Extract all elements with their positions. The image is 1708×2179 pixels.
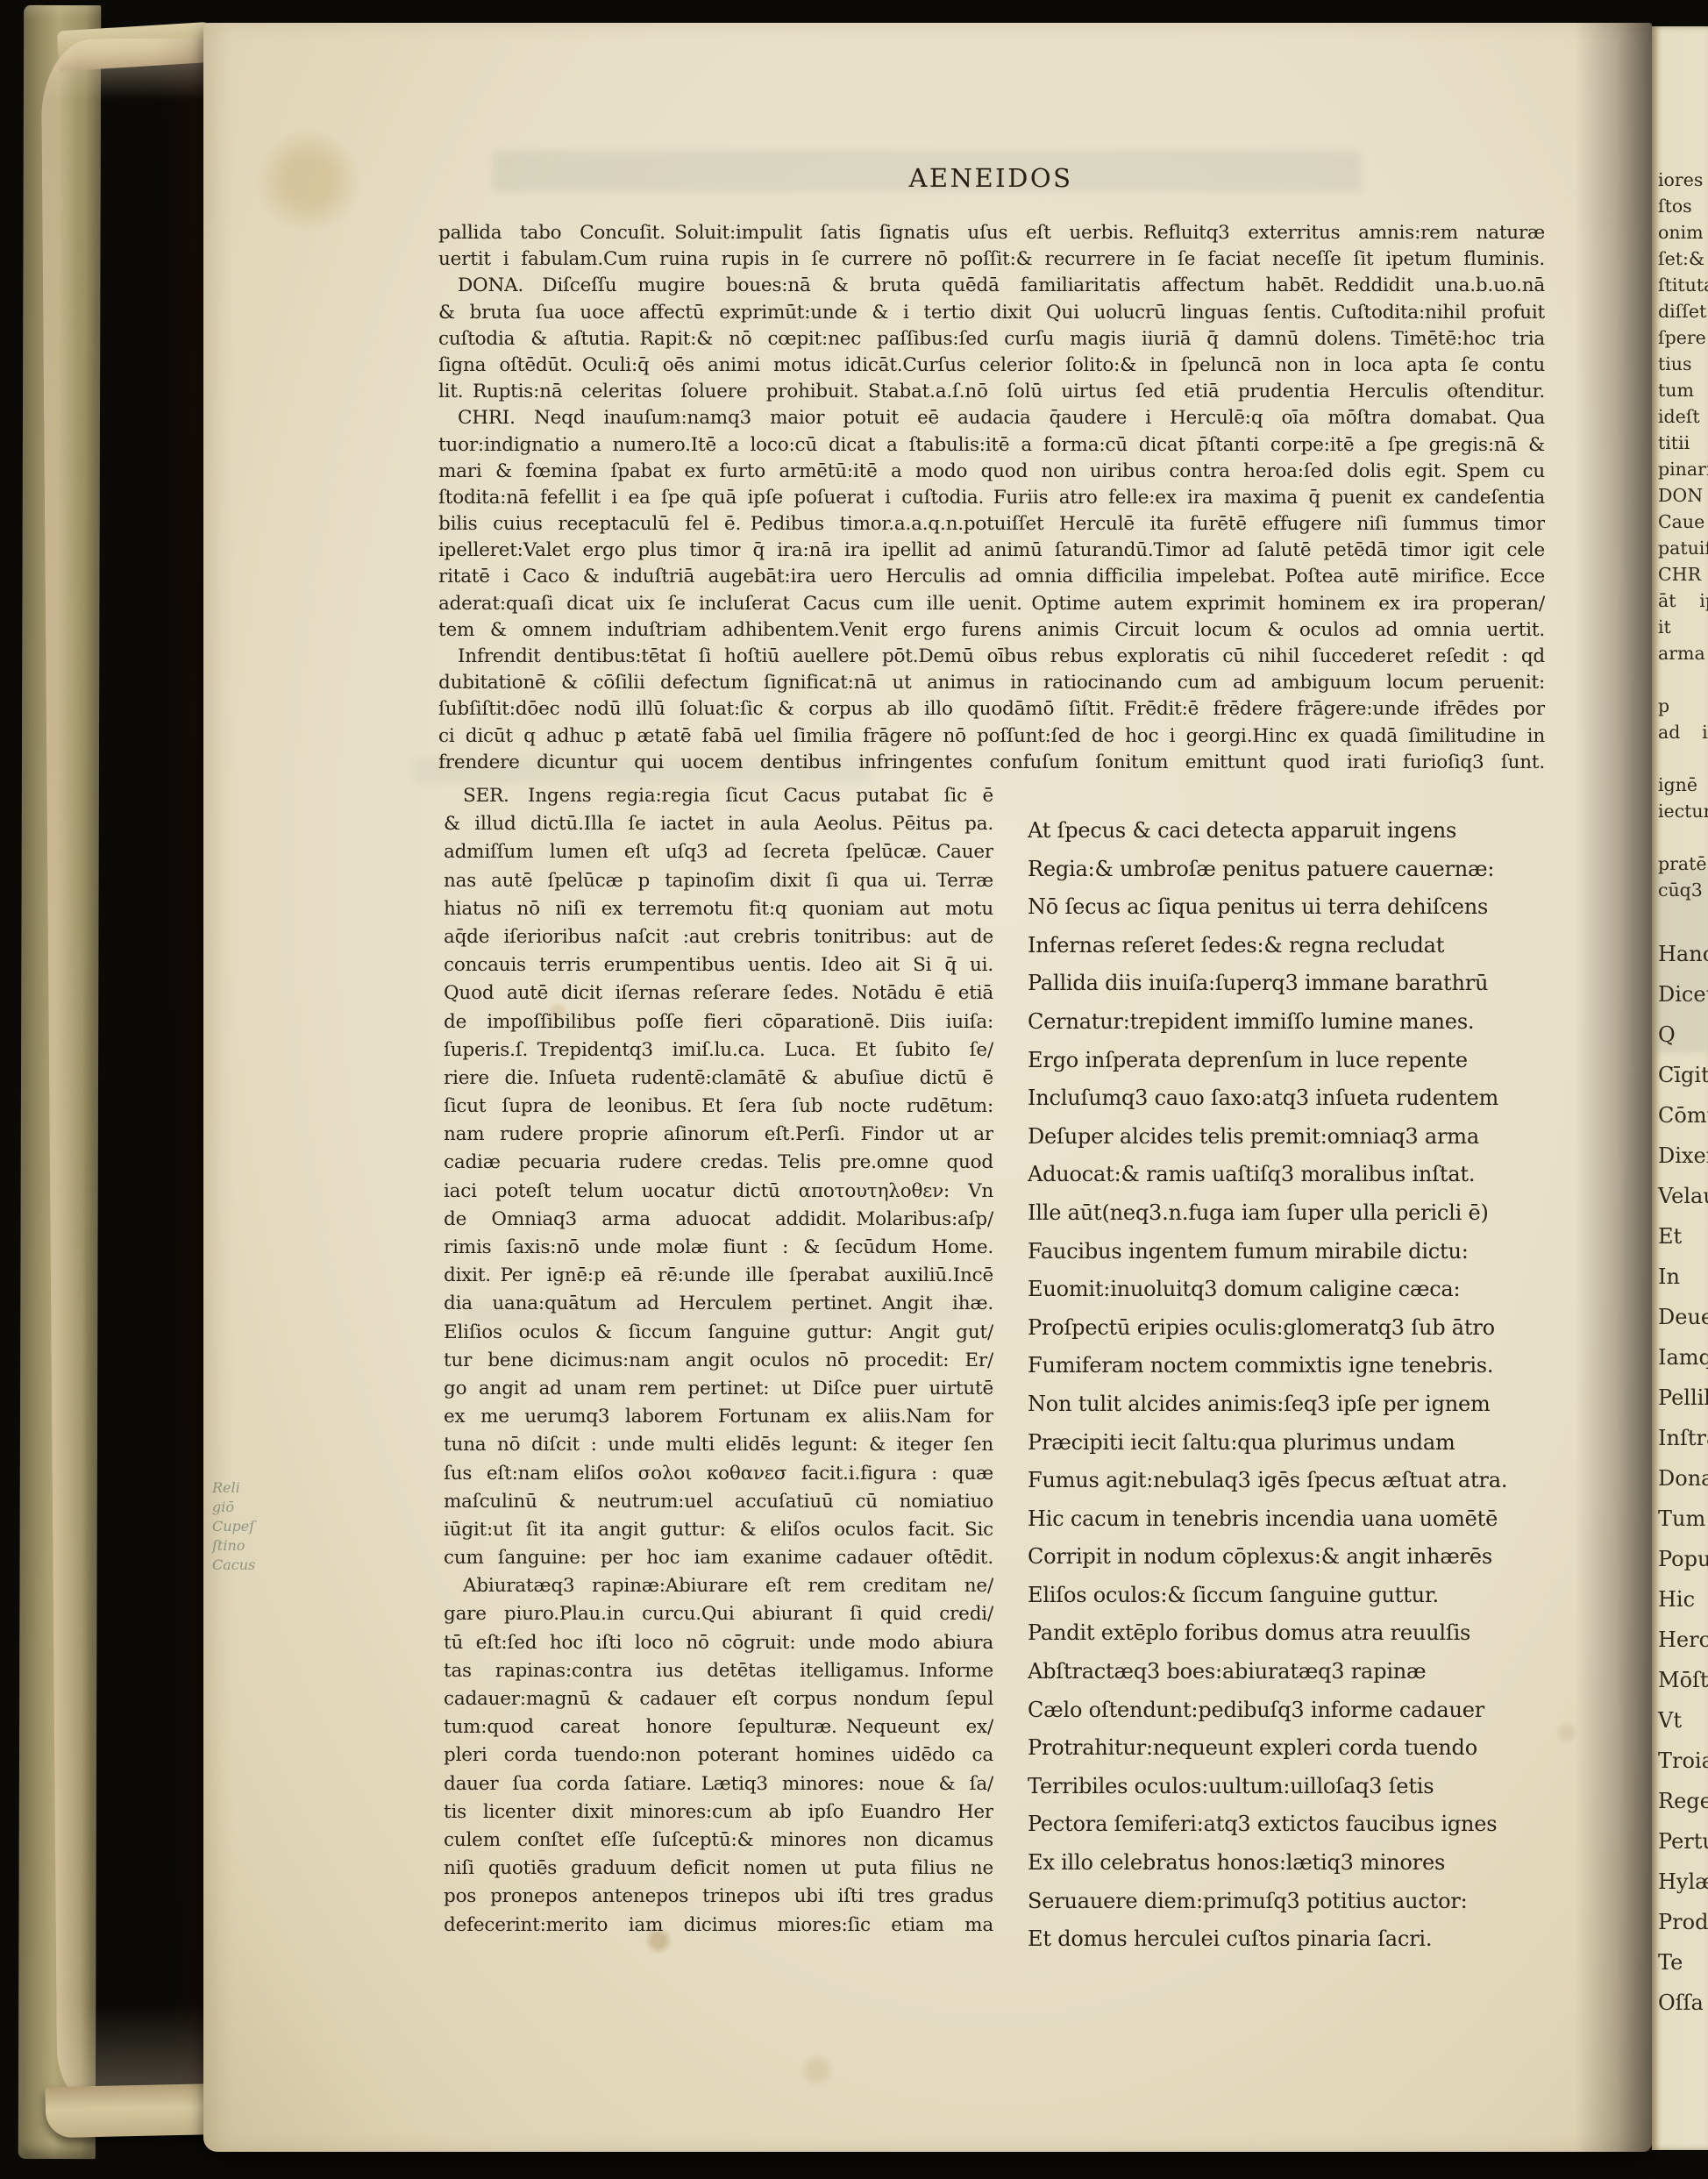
fragment-line: patuiſſ — [1658, 535, 1708, 561]
commentary-line: tuor:indignatio a numero.Itē a loco:cū d… — [438, 432, 1545, 459]
commentary-line: tur bene dicimus:nam angit oculos nō pro… — [444, 1347, 993, 1375]
verse-line: Cælo oſtendunt:pedibuſq3 informe cadauer — [1028, 1691, 1580, 1730]
commentary-line: ſicut ſupra de leonibus. Et ſera ſub noc… — [444, 1093, 993, 1121]
commentary-line-text: iaci poteſt telum uocatur dictū αποτουτη… — [444, 1178, 993, 1206]
commentary-line: aq̄de iſerioribus naſcit :aut crebris to… — [444, 923, 993, 951]
commentary-line-text: defecerint:merito iam dicimus miores:ſic… — [444, 1912, 993, 1940]
fragment-line: Iamq3 ſ — [1658, 1337, 1708, 1378]
fragment-line — [1658, 666, 1708, 693]
commentary-line: & bruta ſua uoce affectū exprimūt:unde &… — [438, 300, 1545, 326]
commentary-line: niſi quotiēs graduum deficit nomen ut pu… — [444, 1855, 993, 1883]
fragment-line: Caue — [1658, 509, 1708, 535]
verse-line: At ſpecus & caci detecta apparuit ingens — [1028, 812, 1580, 851]
fragment-line: p teme — [1658, 693, 1708, 719]
fragment-line: Prodig — [1658, 1902, 1708, 1942]
fragment-line: āt ipſa i — [1658, 587, 1708, 614]
fragment-line: ſet:& — [1658, 246, 1708, 272]
fragment-line: cūq3 ſ — [1658, 877, 1708, 903]
verse-line: Euomit:inuoluitq3 domum caligine cæca: — [1028, 1271, 1580, 1309]
commentary-line-text: Eliſios oculos & ſiccum ſanguine guttur:… — [444, 1319, 993, 1347]
fragment-line — [1658, 824, 1708, 851]
fragment-line: ſtituta — [1658, 272, 1708, 298]
commentary-line: cuſtodia & aſtutia. Rapit:& nō cœpit:nec… — [438, 326, 1545, 352]
commentary-line: aderat:quaſi dicat uix ſe incluſerat Cac… — [438, 591, 1545, 617]
verse-line-text: Deſuper alcides telis premit:omniaq3 arm… — [1028, 1118, 1580, 1157]
commentary-line-text: tuor:indignatio a numero.Itē a loco:cū d… — [438, 432, 1545, 459]
commentary-line: de Omniaq3 arma aduocat addidit. Molarib… — [444, 1206, 993, 1234]
verse-line-text: At ſpecus & caci detecta apparuit ingens — [1028, 812, 1580, 851]
commentary-line: cadauer:magnū & cadauer eſt corpus nondu… — [444, 1685, 993, 1713]
fragment-line: Hylæq3 — [1658, 1862, 1708, 1902]
commentary-line-text: tū eſt:ſed hoc iſti loco nō cōgruit: und… — [444, 1629, 993, 1657]
commentary-line-text: de Omniaq3 arma aduocat addidit. Molarib… — [444, 1206, 993, 1234]
commentary-line-text: dubitationē & cōſilii defectum ſignifica… — [438, 670, 1545, 696]
commentary-line: cadiæ pecuaria rudere credas. Telis pre.… — [444, 1149, 993, 1177]
commentary-line: hiatus nō niſi ex terremotu fit:q quonia… — [444, 895, 993, 923]
verse-line-text: Et domus herculei cuſtos pinaria ſacri. — [1028, 1920, 1580, 1959]
commentary-line: Quod autē dicit iſernas reſerare ſedes. … — [444, 979, 993, 1008]
verse-line: Protrahitur:nequeunt expleri corda tuend… — [1028, 1729, 1580, 1768]
commentary-line-text: pos pronepos antenepos trinepos ubi iſti… — [444, 1883, 993, 1911]
margin-note-line: Reli — [212, 1478, 274, 1498]
commentary-line-text: ſigna oſtēdūt. Oculi:q̄ oēs animi motus … — [438, 352, 1545, 379]
commentary-line: tuna nō diſcit : unde multi elidēs legun… — [444, 1431, 993, 1459]
fragment-line: ſpere — [1658, 324, 1708, 351]
fragment-line: Rege ſu — [1658, 1781, 1708, 1821]
commentary-line: SER. Ingens regia:regia ſicut Cacus puta… — [444, 782, 993, 810]
commentary-line-text: tur bene dicimus:nam angit oculos nō pro… — [444, 1347, 993, 1375]
commentary-line: culem conſtet eſſe ſuſceptū:& minores no… — [444, 1827, 993, 1855]
commentary-line-text: tum:quod careat honore ſepulturæ. Nequeu… — [444, 1713, 993, 1741]
verse-line-text: Protrahitur:nequeunt expleri corda tuend… — [1028, 1729, 1580, 1768]
commentary-line-text: aderat:quaſi dicat uix ſe incluſerat Cac… — [438, 591, 1545, 617]
commentary-line: iaci poteſt telum uocatur dictū αποτουτη… — [444, 1178, 993, 1206]
fragment-line: Popule — [1658, 1539, 1708, 1579]
verse-line-text: Pandit extēplo foribus domus atra reuulſ… — [1028, 1614, 1580, 1653]
next-page-edge: ioresſtos ponimſet:& ſtitutadiſſet:ſpere… — [1652, 26, 1708, 2150]
commentary-line: dixit. Per ignē:p eā rē:unde ille ſperab… — [444, 1262, 993, 1290]
verse-line-text: Nō ſecus ac ſiqua penitus ui terra dehiſ… — [1028, 888, 1580, 927]
commentary-line-text: rimis ſaxis:nō unde molæ fiunt : & ſecūd… — [444, 1234, 993, 1262]
commentary-line: ci dicūt q adhuc p ætatē fabā uel ſimili… — [438, 723, 1545, 750]
verse-line: Abſtractæq3 boes:abiuratæq3 rapinæ — [1028, 1653, 1580, 1691]
verse-line: Infernas reſeret ſedes:& regna recludat — [1028, 927, 1580, 965]
running-title: AENEIDOS — [438, 163, 1543, 193]
commentary-line: pleri corda tuendo:non poterant homines … — [444, 1741, 993, 1770]
verse-line: Aduocat:& ramis uaſtiſq3 moralibus inſta… — [1028, 1156, 1580, 1194]
verse-line-text: Terribiles oculos:uultum:uilloſaq3 ſetis — [1028, 1768, 1580, 1806]
commentary-line: dauer ſua corda ſatiare. Lætiq3 minores:… — [444, 1770, 993, 1798]
fragment-line: In men — [1658, 1257, 1708, 1297]
commentary-line-text: niſi quotiēs graduum deficit nomen ut pu… — [444, 1855, 993, 1883]
verse-line: Non tulit alcides animis:ſeq3 ipſe per i… — [1028, 1385, 1580, 1424]
verse-line-text: Præcipiti iecit ſaltu:qua plurimus undam — [1028, 1424, 1580, 1463]
commentary-line: ſigna oſtēdūt. Oculi:q̄ oēs animi motus … — [438, 352, 1545, 379]
fragment-line: Dona ſe — [1658, 1458, 1708, 1499]
verse-line-text: Faucibus ingentem fumum mirabile dictu: — [1028, 1233, 1580, 1271]
verse-line: Eliſos oculos:& ſiccum ſanguine guttur. — [1028, 1577, 1580, 1615]
fragment-line: Vt bell — [1658, 1700, 1708, 1741]
commentary-line-text: tas rapinas:contra ius detētas itelligam… — [444, 1657, 993, 1685]
fragment-line: Cōmu — [1658, 1095, 1708, 1136]
commentary-line: bilis cuius receptaculū fel ē. Pedibus t… — [438, 511, 1545, 538]
next-page-verse-fragments: HancDicetuQ uaCīgiteCōmuDixeraVelauEt ſa… — [1658, 934, 1708, 2023]
fragment-line: Dicetu — [1658, 974, 1708, 1015]
commentary-line-text: nas autē ſpelūcæ p tapinoſim dixit ſi qu… — [444, 867, 993, 895]
fragment-line: DON — [1658, 482, 1708, 509]
commentary-line: Infrendit dentibus:tētat ſi hoſtiū auell… — [438, 644, 1545, 670]
fragment-line: Mōſtra — [1658, 1660, 1708, 1700]
verse-line-text: Corripit in nodum cōplexus:& angit inhær… — [1028, 1538, 1580, 1577]
commentary-line-text: bilis cuius receptaculū fel ē. Pedibus t… — [438, 511, 1545, 538]
verse-line-text: Non tulit alcides animis:ſeq3 ipſe per i… — [1028, 1385, 1580, 1424]
commentary-line: admiſſum lumen eſt uſq3 ad ſecreta ſpelū… — [444, 838, 993, 866]
commentary-line: tum:quod careat honore ſepulturæ. Nequeu… — [444, 1713, 993, 1741]
verse-line: Hic cacum in tenebris incendia uana uomē… — [1028, 1500, 1580, 1539]
verse-line: Incluſumq3 cauo ſaxo:atq3 inſueta rudent… — [1028, 1079, 1580, 1118]
commentary-line: uertit i fabulam.Cum ruina rupis in ſe c… — [438, 246, 1545, 273]
fragment-line: iores — [1658, 167, 1708, 193]
commentary-line-text: uertit i fabulam.Cum ruina rupis in ſe c… — [438, 246, 1545, 273]
commentary-line-text: ipelleret:Valet ergo plus timor q̄ ira:n… — [438, 538, 1545, 564]
fragment-line: iectura: — [1658, 798, 1708, 824]
verse-line-text: Fumiferam noctem commixtis igne tenebris… — [1028, 1347, 1580, 1385]
commentary-line: DONA. Diſceſſu mugire boues:nā & bruta q… — [438, 273, 1545, 299]
commentary-line-text: de impoſſibilibus poſſe fieri cōparation… — [444, 1008, 993, 1036]
commentary-line-text: frendere dicuntur qui uocem dentibus inf… — [438, 750, 1545, 776]
fragment-line: ideſt a — [1658, 403, 1708, 430]
commentary-line-text: admiſſum lumen eſt uſq3 ad ſecreta ſpelū… — [444, 838, 993, 866]
fragment-line: ignē pi — [1658, 772, 1708, 798]
fragment-line: diſſet: — [1658, 298, 1708, 324]
verse-line-text: Abſtractæq3 boes:abiuratæq3 rapinæ — [1028, 1653, 1580, 1691]
verse-line-text: Regia:& umbroſæ penitus patuere cauernæ: — [1028, 851, 1580, 889]
commentary-line-text: nam rudere proprie aſinorum eſt.Perſi. F… — [444, 1121, 993, 1149]
commentary-line: ſus eſt:nam eliſos σολοι κοθανεσ facit.i… — [444, 1460, 993, 1488]
commentary-line: nam rudere proprie aſinorum eſt.Perſi. F… — [444, 1121, 993, 1149]
verse-line-text: Cælo oſtendunt:pedibuſq3 informe cadauer — [1028, 1691, 1580, 1730]
commentary-line-text: tuna nō diſcit : unde multi elidēs legun… — [444, 1431, 993, 1459]
commentary-line-text: maſculinū & neutrum:uel accuſatiuū cū no… — [444, 1488, 993, 1516]
verse-text-column: At ſpecus & caci detecta apparuit ingens… — [1028, 812, 1580, 1959]
fragment-line: Inſtrau — [1658, 1418, 1708, 1458]
commentary-line: iūgit:ut ſit ita angit guttur: & eliſos … — [444, 1516, 993, 1544]
fragment-line: Hanc — [1658, 934, 1708, 974]
fragment-line: it prim — [1658, 614, 1708, 640]
commentary-line-text: tis licenter dixit minores:cum ab ipſo E… — [444, 1798, 993, 1827]
commentary-line-text: ſuperis.ſ. Trepidentq3 imiſ.lu.ca. Luca.… — [444, 1036, 993, 1065]
commentary-line-text: cadiæ pecuaria rudere credas. Telis pre.… — [444, 1149, 993, 1177]
margin-note-line: ſtino — [212, 1536, 274, 1556]
commentary-line-text: & illud dictū.Illa ſe iactet in aula Aeo… — [444, 810, 993, 838]
verse-line-text: Pallida diis inuiſa:ſuperq3 immane barat… — [1028, 965, 1580, 1003]
verse-line-text: Infernas reſeret ſedes:& regna recludat — [1028, 927, 1580, 965]
commentary-line: lit. Ruptis:nā celeritas ſoluere prohibu… — [438, 379, 1545, 405]
commentary-line-text: SER. Ingens regia:regia ſicut Cacus puta… — [444, 782, 993, 810]
commentary-line-text: cuſtodia & aſtutia. Rapit:& nō cœpit:nec… — [438, 326, 1545, 352]
verse-line: Faucibus ingentem fumum mirabile dictu: — [1028, 1233, 1580, 1271]
commentary-line-text: iūgit:ut ſit ita angit guttur: & eliſos … — [444, 1516, 993, 1544]
verse-line-text: Fumus agit:nebulaq3 igēs ſpecus æſtuat a… — [1028, 1462, 1580, 1500]
margin-note-line: Cupeſ — [212, 1517, 274, 1536]
commentary-line: & illud dictū.Illa ſe iactet in aula Aeo… — [444, 810, 993, 838]
verse-line: Præcipiti iecit ſaltu:qua plurimus undam — [1028, 1424, 1580, 1463]
verse-line: Regia:& umbroſæ penitus patuere cauernæ: — [1028, 851, 1580, 889]
commentary-line-text: dauer ſua corda ſatiare. Lætiq3 minores:… — [444, 1770, 993, 1798]
commentary-line: ipelleret:Valet ergo plus timor q̄ ira:n… — [438, 538, 1545, 564]
commentary-line-text: go angit ad unam rem pertinet: ut Diſce … — [444, 1375, 993, 1403]
verse-line-text: Pectora ſemiferi:atq3 extictos faucibus … — [1028, 1805, 1580, 1844]
commentary-line: ſtodita:nā fefellit i ea ſpe quā ipſe po… — [438, 485, 1545, 511]
fragment-line: Pellibu — [1658, 1378, 1708, 1418]
commentary-line: ex me uerumq3 laborem Fortunam ex aliis.… — [444, 1403, 993, 1431]
fragment-line: tum m — [1658, 377, 1708, 403]
commentary-line: pallida tabo Concuſit. Soluit:impulit ſa… — [438, 220, 1545, 246]
verse-line-text: Ille aūt(neq3.n.fuga iam ſuper ulla peri… — [1028, 1194, 1580, 1233]
fragment-line: Te ſtyg — [1658, 1942, 1708, 1983]
fragment-line: arma a — [1658, 640, 1708, 666]
commentary-line-text: Quod autē dicit iſernas reſerare ſedes. … — [444, 979, 993, 1008]
verse-line: Deſuper alcides telis premit:omniaq3 arm… — [1028, 1118, 1580, 1157]
commentary-line-text: ſicut ſupra de leonibus. Et ſera ſub noc… — [444, 1093, 993, 1121]
commentary-line: mari & fœmina ſpabat ex furto armētū:itē… — [438, 459, 1545, 485]
verse-line: Terribiles oculos:uultum:uilloſaq3 ſetis — [1028, 1768, 1580, 1806]
verse-line-text: Proſpectū eripies oculis:glomeratq3 ſub … — [1028, 1309, 1580, 1348]
verse-line-text: Hic cacum in tenebris incendia uana uomē… — [1028, 1500, 1580, 1539]
verse-line: Ex illo celebratus honos:lætiq3 minores — [1028, 1844, 1580, 1883]
commentary-line-text: cum ſanguine: per hoc iam exanime cadaue… — [444, 1544, 993, 1572]
commentary-line-text: ex me uerumq3 laborem Fortunam ex aliis.… — [444, 1403, 993, 1431]
commentary-line: tas rapinas:contra ius detētas itelligam… — [444, 1657, 993, 1685]
commentary-line: gare piuro.Plau.in curcu.Qui abiurant ſi… — [444, 1600, 993, 1628]
verse-line: Proſpectū eripies oculis:glomeratq3 ſub … — [1028, 1309, 1580, 1348]
commentary-line-text: dia uana:quātum ad Herculem pertinet. An… — [444, 1290, 993, 1318]
commentary-line-text: DONA. Diſceſſu mugire boues:nā & bruta q… — [438, 273, 1545, 299]
book-photograph: { "book": { "header": "AENEIDOS", "color… — [0, 0, 1708, 2179]
verse-line: Ille aūt(neq3.n.fuga iam ſuper ulla peri… — [1028, 1194, 1580, 1233]
commentary-line: riere die. Inſueta rudentē:clamātē & abu… — [444, 1065, 993, 1093]
commentary-line-text: ſubſiſtit:dōec nodū illū ſoluat:ſic & co… — [438, 696, 1545, 723]
fragment-line: tius pr — [1658, 351, 1708, 377]
commentary-line: tis licenter dixit minores:cum ab ipſo E… — [444, 1798, 993, 1827]
verse-line: Ergo inſperata deprenſum in luce repente — [1028, 1042, 1580, 1080]
fragment-line: Velau — [1658, 1176, 1708, 1216]
verse-line: Nō ſecus ac ſiqua penitus ui terra dehiſ… — [1028, 888, 1580, 927]
commentary-line-text: gare piuro.Plau.in curcu.Qui abiurant ſi… — [444, 1600, 993, 1628]
margin-note-line: giō — [212, 1498, 274, 1517]
fragment-line: Q ua — [1658, 1015, 1708, 1055]
commentary-line: Eliſios oculos & ſiccum ſanguine guttur:… — [444, 1319, 993, 1347]
commentary-line-text: CHRI. Neqd inauſum:namq3 maior potuit eē… — [438, 405, 1545, 431]
handwritten-margin-note: ReligiōCupeſſtinoCacus — [212, 1478, 274, 1575]
verse-line: Corripit in nodum cōplexus:& angit inhær… — [1028, 1538, 1580, 1577]
verse-line-text: Aduocat:& ramis uaſtiſq3 moralibus inſta… — [1028, 1156, 1580, 1194]
verse-line-text: Eliſos oculos:& ſiccum ſanguine guttur. — [1028, 1577, 1580, 1615]
commentary-line-text: culem conſtet eſſe ſuſceptū:& minores no… — [444, 1827, 993, 1855]
commentary-line-text: Infrendit dentibus:tētat ſi hoſtiū auell… — [438, 644, 1545, 670]
fragment-line: Cīgite — [1658, 1055, 1708, 1095]
left-commentary-column: SER. Ingens regia:regia ſicut Cacus puta… — [444, 782, 993, 1940]
verse-line-text: Euomit:inuoluitq3 domum caligine cæca: — [1028, 1271, 1580, 1309]
commentary-line: tū eſt:ſed hoc iſti loco nō cōgruit: und… — [444, 1629, 993, 1657]
commentary-line-text: riere die. Inſueta rudentē:clamātē & abu… — [444, 1065, 993, 1093]
commentary-line-text: & bruta ſua uoce affectū exprimūt:unde &… — [438, 300, 1545, 326]
commentary-line-text: concauis terris erumpentibus uentis. Ide… — [444, 951, 993, 979]
commentary-line: dubitationē & cōſilii defectum ſignifica… — [438, 670, 1545, 696]
margin-note-line: Cacus — [212, 1556, 274, 1575]
commentary-line: frendere dicuntur qui uocem dentibus inf… — [438, 750, 1545, 776]
next-page-commentary-fragments: ioresſtos ponimſet:& ſtitutadiſſet:ſpere… — [1658, 167, 1708, 903]
commentary-line-text: ci dicūt q adhuc p ætatē fabā uel ſimili… — [438, 723, 1545, 750]
commentary-line-text: ritatē i Caco & induſtriā augebāt:ira ue… — [438, 564, 1545, 590]
verse-line: Pectora ſemiferi:atq3 extictos faucibus … — [1028, 1805, 1580, 1844]
commentary-line: nas autē ſpelūcæ p tapinoſim dixit ſi qu… — [444, 867, 993, 895]
commentary-line-text: cadauer:magnū & cadauer eſt corpus nondu… — [444, 1685, 993, 1713]
commentary-line: de impoſſibilibus poſſe fieri cōparation… — [444, 1008, 993, 1036]
verse-line-text: Seruauere diem:primuſq3 potitius auctor: — [1028, 1883, 1580, 1921]
commentary-line: pos pronepos antenepos trinepos ubi iſti… — [444, 1883, 993, 1911]
commentary-line-text: dixit. Per ignē:p eā rē:unde ille ſperab… — [444, 1262, 993, 1290]
commentary-line: ſuperis.ſ. Trepidentq3 imiſ.lu.ca. Luca.… — [444, 1036, 993, 1065]
commentary-line: rimis ſaxis:nō unde molæ fiunt : & ſecūd… — [444, 1234, 993, 1262]
commentary-line: ritatē i Caco & induſtriā augebāt:ira ue… — [438, 564, 1545, 590]
verse-line: Seruauere diem:primuſq3 potitius auctor: — [1028, 1883, 1580, 1921]
verse-line: Et domus herculei cuſtos pinaria ſacri. — [1028, 1920, 1580, 1959]
fragment-line — [1658, 745, 1708, 772]
commentary-line: cum ſanguine: per hoc iam exanime cadaue… — [444, 1544, 993, 1572]
commentary-line: concauis terris erumpentibus uentis. Ide… — [444, 951, 993, 979]
commentary-line-text: tem & omnem induſtriam adhibentem.Venit … — [438, 617, 1545, 644]
red-stained-fore-edge — [41, 38, 221, 2108]
commentary-line-text: Abiuratæq3 rapinæ:Abiurare eſt rem credi… — [444, 1572, 993, 1600]
fragment-line: Hic iuu — [1658, 1579, 1708, 1620]
commentary-line-text: lit. Ruptis:nā celeritas ſoluere prohibu… — [438, 379, 1545, 405]
commentary-line: Abiuratæq3 rapinæ:Abiurare eſt rem credi… — [444, 1572, 993, 1600]
commentary-line-text: ſtodita:nā fefellit i ea ſpe quā ipſe po… — [438, 485, 1545, 511]
fragment-line: pratē:q — [1658, 851, 1708, 877]
commentary-line-text: pleri corda tuendo:non poterant homines … — [444, 1741, 993, 1770]
fragment-line: ad idē u — [1658, 719, 1708, 745]
commentary-line: tem & omnem induſtriam adhibentem.Venit … — [438, 617, 1545, 644]
fragment-line: Dixera — [1658, 1136, 1708, 1176]
verse-line-text: Ex illo celebratus honos:lætiq3 minores — [1028, 1844, 1580, 1883]
fragment-line: Troiaq3 — [1658, 1741, 1708, 1781]
fragment-line: Tum ſa — [1658, 1499, 1708, 1539]
commentary-line-text: ſus eſt:nam eliſos σολοι κοθανεσ facit.i… — [444, 1460, 993, 1488]
top-commentary-block: pallida tabo Concuſit. Soluit:impulit ſa… — [438, 220, 1545, 776]
main-page: AENEIDOS pallida tabo Concuſit. Soluit:i… — [203, 23, 1652, 2152]
commentary-line-text: aq̄de iſerioribus naſcit :aut crebris to… — [444, 923, 993, 951]
fragment-line: CHR — [1658, 561, 1708, 587]
commentary-line: maſculinū & neutrum:uel accuſatiuū cū no… — [444, 1488, 993, 1516]
fragment-line: Pertulē — [1658, 1821, 1708, 1862]
fragment-line: titii ta — [1658, 430, 1708, 456]
verse-line: Fumiferam noctem commixtis igne tenebris… — [1028, 1347, 1580, 1385]
commentary-line: go angit ad unam rem pertinet: ut Diſce … — [444, 1375, 993, 1403]
verse-line: Fumus agit:nebulaq3 igēs ſpecus æſtuat a… — [1028, 1462, 1580, 1500]
fragment-line: Oſſa la — [1658, 1983, 1708, 2023]
commentary-line-text: mari & fœmina ſpabat ex furto armētū:itē… — [438, 459, 1545, 485]
fragment-line: ſtos p — [1658, 193, 1708, 219]
fragment-line: Hercul — [1658, 1620, 1708, 1660]
verse-line-text: Incluſumq3 cauo ſaxo:atq3 inſueta rudent… — [1028, 1079, 1580, 1118]
commentary-line: defecerint:merito iam dicimus miores:ſic… — [444, 1912, 993, 1940]
fragment-line: onim — [1658, 219, 1708, 246]
verse-line-text: Ergo inſperata deprenſum in luce repente — [1028, 1042, 1580, 1080]
verse-line-text: Cernatur:trepident immiſſo lumine manes. — [1028, 1003, 1580, 1042]
commentary-line: ſubſiſtit:dōec nodū illū ſoluat:ſic & co… — [438, 696, 1545, 723]
fragment-line: Et ſace — [1658, 1216, 1708, 1257]
commentary-line-text: hiatus nō niſi ex terremotu fit:q quonia… — [444, 895, 993, 923]
commentary-line: dia uana:quātum ad Herculem pertinet. An… — [444, 1290, 993, 1318]
verse-line: Pandit extēplo foribus domus atra reuulſ… — [1028, 1614, 1580, 1653]
verse-line: Cernatur:trepident immiſſo lumine manes. — [1028, 1003, 1580, 1042]
verse-line: Pallida diis inuiſa:ſuperq3 immane barat… — [1028, 965, 1580, 1003]
commentary-line-text: pallida tabo Concuſit. Soluit:impulit ſa… — [438, 220, 1545, 246]
fragment-line: pinaria — [1658, 456, 1708, 482]
commentary-line: CHRI. Neqd inauſum:namq3 maior potuit eē… — [438, 405, 1545, 431]
fragment-line: Deuex — [1658, 1297, 1708, 1337]
